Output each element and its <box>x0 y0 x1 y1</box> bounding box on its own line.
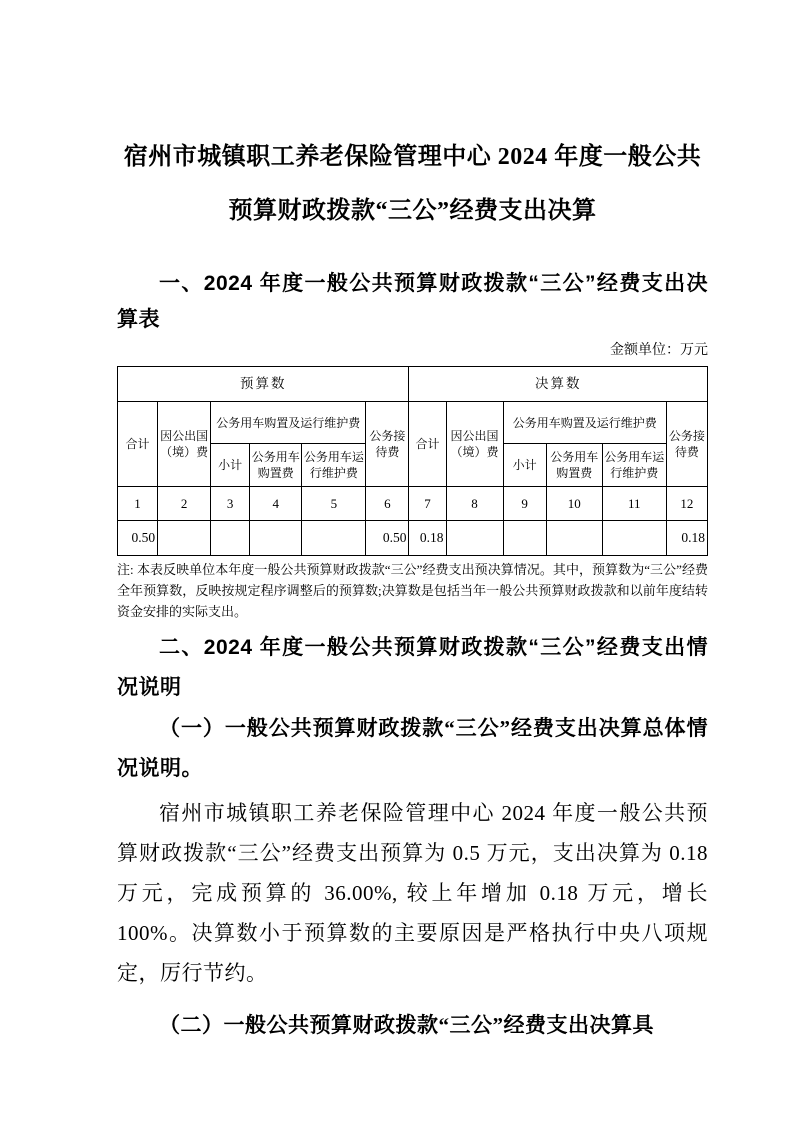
data-cell-budget-total: 0.50 <box>118 521 158 556</box>
table-note: 注: 本表反映单位本年度一般公共预算财政拨款“三公”经费支出预决算情况。其中，预… <box>117 559 708 622</box>
column-number-2: 2 <box>158 487 211 521</box>
column-number-3: 3 <box>211 487 250 521</box>
data-row: 0.50 0.50 0.18 0.18 <box>118 521 708 556</box>
final-group-header: 决算数 <box>409 367 708 402</box>
data-cell-final-total: 0.18 <box>409 521 446 556</box>
budget-total-header: 合计 <box>118 402 158 487</box>
final-abroad-header: 因公出国（境）费 <box>446 402 503 487</box>
column-number-10: 10 <box>546 487 602 521</box>
data-cell-final-maintenance <box>602 521 666 556</box>
final-reception-header: 公务接待费 <box>666 402 707 487</box>
subsection-one-paragraph: 宿州市城镇职工养老保险管理中心 2024 年度一般公共预算财政拨款“三公”经费支… <box>117 793 708 993</box>
document-title: 宿州市城镇职工养老保险管理中心 2024 年度一般公共预算财政拨款“三公”经费支… <box>117 130 708 238</box>
budget-subtotal-header: 小计 <box>211 444 250 487</box>
column-number-4: 4 <box>250 487 302 521</box>
data-cell-budget-subtotal <box>211 521 250 556</box>
budget-group-header: 预算数 <box>118 367 409 402</box>
column-number-8: 8 <box>446 487 503 521</box>
column-number-1: 1 <box>118 487 158 521</box>
budget-reception-header: 公务接待费 <box>366 402 409 487</box>
subsection-two-heading: （二）一般公共预算财政拨款“三公”经费支出决算具 <box>117 1005 708 1045</box>
data-cell-final-purchase <box>546 521 602 556</box>
column-number-12: 12 <box>666 487 707 521</box>
section-two-heading: 二、2024 年度一般公共预算财政拨款“三公”经费支出情况说明 <box>117 628 708 708</box>
budget-purchase-header: 公务用车购置费 <box>250 444 302 487</box>
column-number-9: 9 <box>503 487 546 521</box>
column-number-7: 7 <box>409 487 446 521</box>
data-cell-budget-purchase <box>250 521 302 556</box>
final-subtotal-header: 小计 <box>503 444 546 487</box>
final-maintenance-header: 公务用车运行维护费 <box>602 444 666 487</box>
data-cell-final-reception: 0.18 <box>666 521 707 556</box>
column-number-6: 6 <box>366 487 409 521</box>
section-one-heading: 一、2024 年度一般公共预算财政拨款“三公”经费支出决算表 <box>117 266 708 338</box>
table-group-header-row: 预算数 决算数 <box>118 367 708 402</box>
data-cell-final-abroad <box>446 521 503 556</box>
data-cell-final-subtotal <box>503 521 546 556</box>
document-page: 宿州市城镇职工养老保险管理中心 2024 年度一般公共预算财政拨款“三公”经费支… <box>0 0 793 1122</box>
column-number-5: 5 <box>302 487 366 521</box>
budget-abroad-header: 因公出国（境）费 <box>158 402 211 487</box>
data-cell-budget-maintenance <box>302 521 366 556</box>
budget-maintenance-header: 公务用车运行维护费 <box>302 444 366 487</box>
data-cell-budget-abroad <box>158 521 211 556</box>
final-vehicle-group-header: 公务用车购置及运行维护费 <box>503 402 666 444</box>
budget-vehicle-group-header: 公务用车购置及运行维护费 <box>211 402 366 444</box>
final-total-header: 合计 <box>409 402 446 487</box>
subsection-one-heading: （一）一般公共预算财政拨款“三公”经费支出决算总体情况说明。 <box>117 708 708 788</box>
three-public-expense-table: 预算数 决算数 合计 因公出国（境）费 公务用车购置及运行维护费 公务接待费 合… <box>117 366 708 556</box>
table-header-row-upper: 合计 因公出国（境）费 公务用车购置及运行维护费 公务接待费 合计 因公出国（境… <box>118 402 708 444</box>
data-cell-budget-reception: 0.50 <box>366 521 409 556</box>
column-number-row: 1 2 3 4 5 6 7 8 9 10 11 12 <box>118 487 708 521</box>
final-purchase-header: 公务用车购置费 <box>546 444 602 487</box>
amount-unit-label: 金额单位：万元 <box>117 342 708 360</box>
column-number-11: 11 <box>602 487 666 521</box>
